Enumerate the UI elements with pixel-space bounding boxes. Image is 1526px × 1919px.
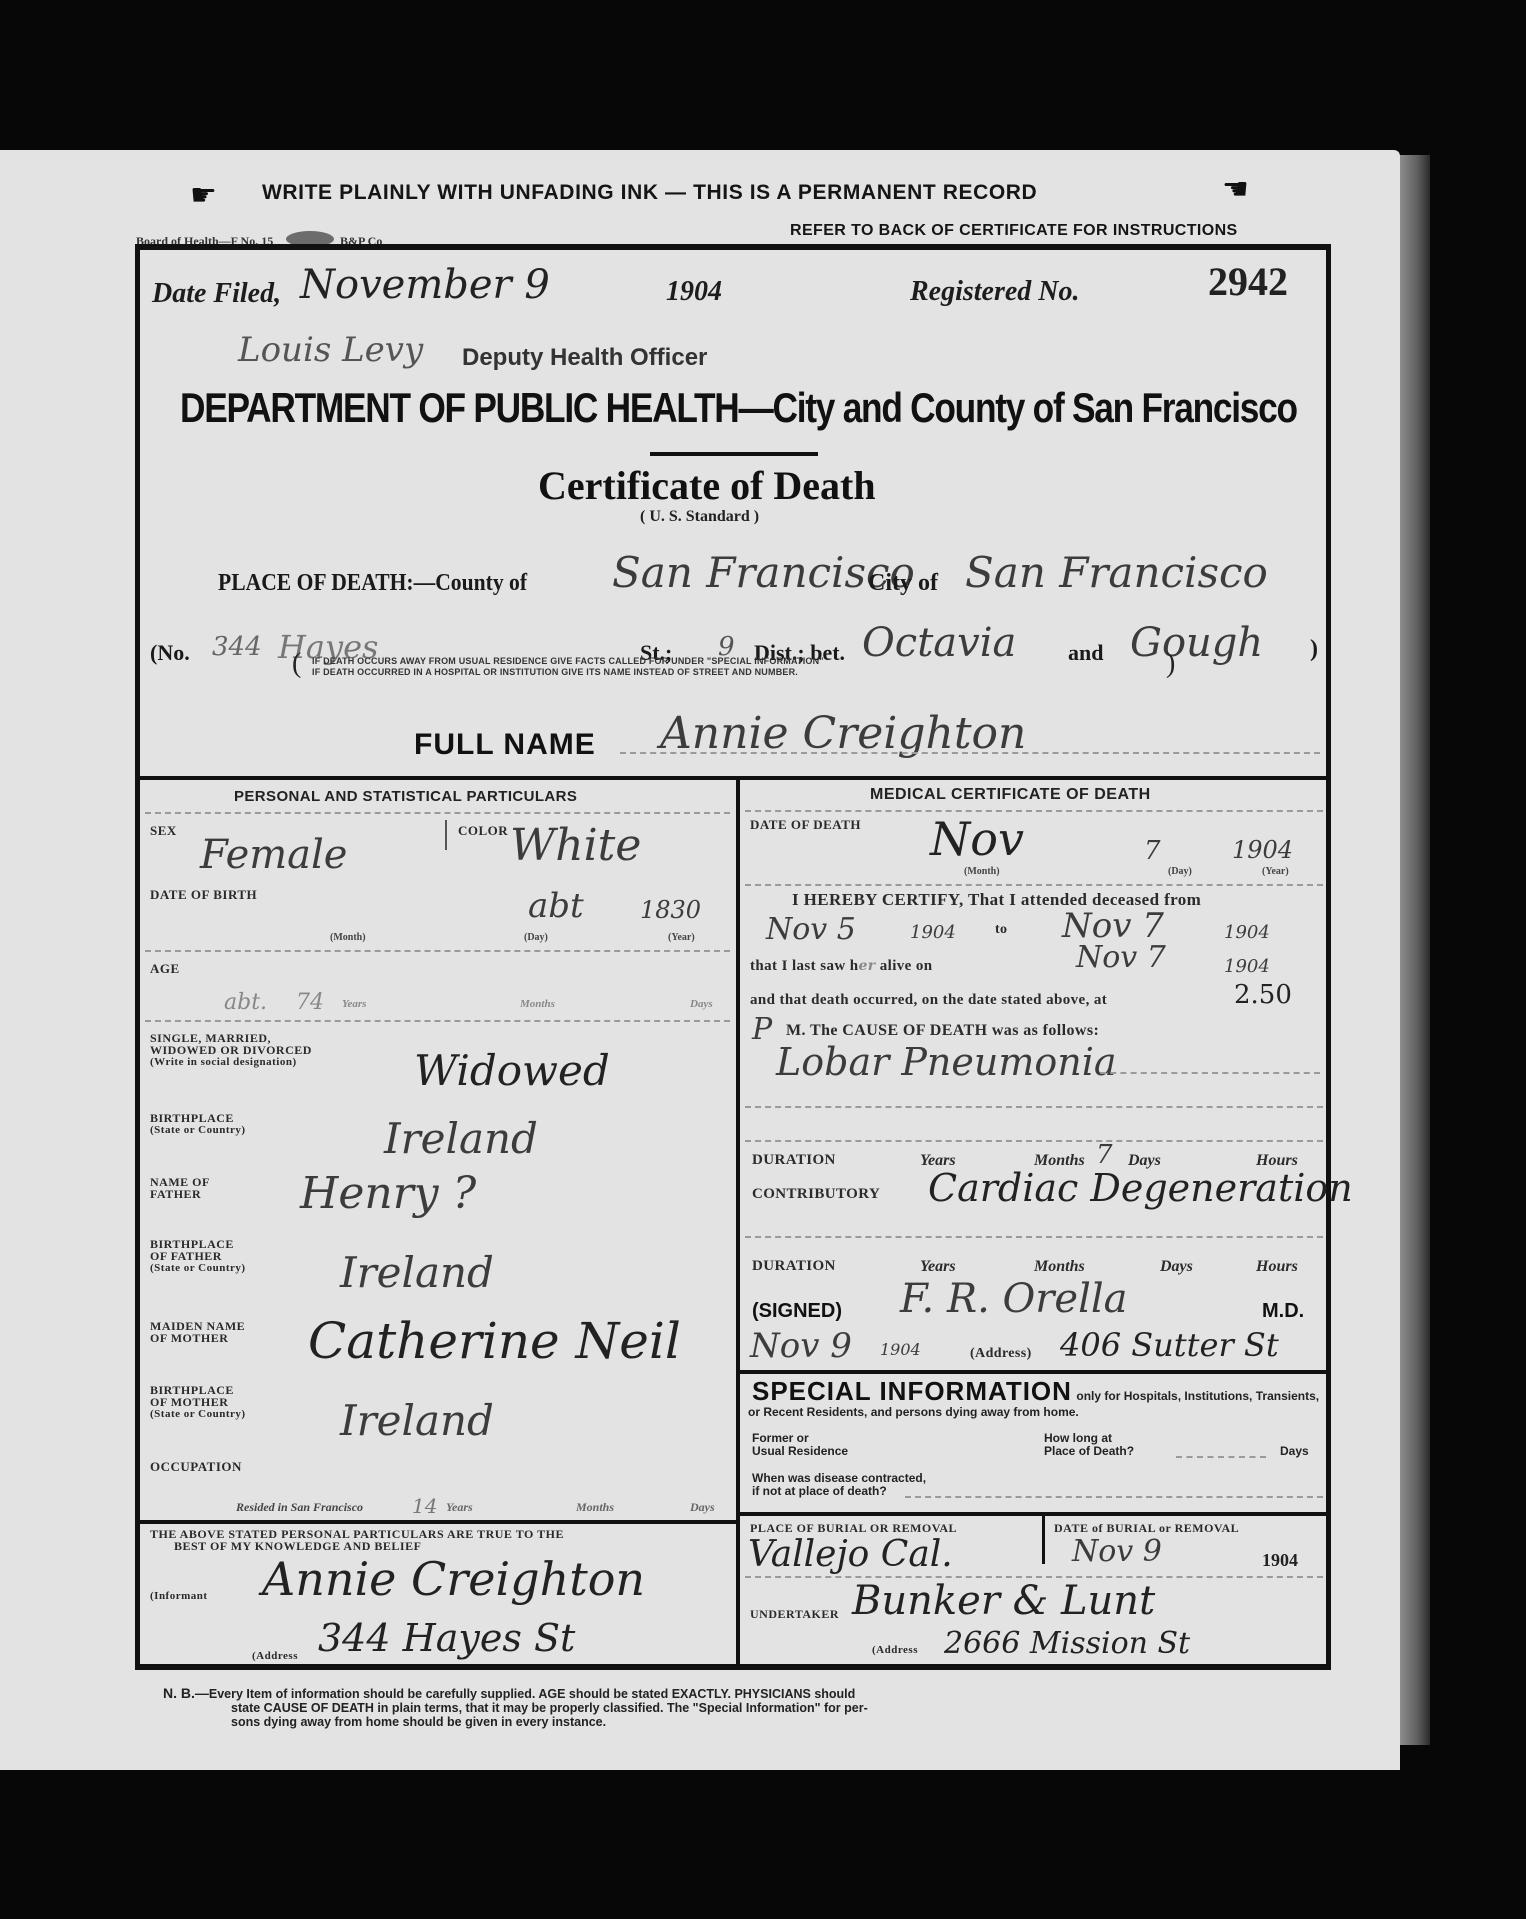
footer-line-1-text: Every Item of information should be care… [209,1687,855,1701]
age-prefix: abt. [224,990,267,1015]
special-heading-line-2: or Recent Residents, and persons dying a… [748,1406,1079,1419]
special-heading-rest: only for Hospitals, Institutions, Transi… [1076,1389,1319,1403]
officer-signature: Louis Levy [238,330,423,370]
last-saw-pronoun: er [858,958,875,974]
special-divider [740,1370,1328,1374]
full-name-line [620,752,1320,754]
sex-label: SEX [150,824,177,837]
dob-line [145,950,730,952]
last-saw-label: that I last saw her alive on [750,958,933,975]
father-bp-label-line-3: (State or Country) [150,1262,246,1274]
undertaker-label: UNDERTAKER [750,1608,839,1621]
instructions-note: REFER TO BACK OF CERTIFICATE FOR INSTRUC… [790,222,1238,240]
signed-year: 1904 [880,1340,921,1359]
title-divider [650,452,818,456]
heading-line [145,812,730,814]
mother-bp-label-line-3: (State or Country) [150,1408,246,1420]
informant-label: (Informant [150,1590,208,1603]
cross-street-2: Gough [1130,620,1263,666]
note-open-paren: ( [292,648,301,680]
mother-birthplace-label: BIRTHPLACE OF MOTHER (State or Country) [150,1384,246,1420]
resided-years-caption: Years [446,1500,473,1515]
am-pm-value: P [752,1012,772,1047]
age-years-caption: Years [342,998,366,1010]
physician-address-label: (Address) [970,1346,1032,1362]
footer-note-line-1: N. B.—Every Item of information should b… [163,1686,868,1701]
mother-birthplace-value: Ireland [340,1396,494,1445]
officer-title: Deputy Health Officer [462,344,707,372]
city-label: City of [868,570,938,597]
last-saw-text: that I last saw h [750,958,858,974]
form-border-bottom [135,1664,1331,1670]
paper-edge-shadow [1400,155,1430,1745]
footer-note-line-2: state CAUSE OF DEATH in plain terms, tha… [163,1701,868,1715]
sex-value: Female [200,832,347,878]
street-number: 344 [212,632,262,662]
burial-column-divider [1042,1516,1045,1564]
how-long-line [1176,1456,1266,1458]
mother-name-label: MAIDEN NAME OF MOTHER [150,1320,245,1344]
how-long-label: How long at Place of Death? [1044,1432,1134,1458]
age-label: AGE [150,962,180,975]
date-filed-year: 1904 [666,276,722,308]
age-years-value: 74 [296,990,324,1015]
personal-heading: PERSONAL AND STATISTICAL PARTICULARS [234,788,577,805]
dod-label: DATE OF DEATH [750,818,861,831]
resided-label: Resided in San Francisco [236,1500,363,1515]
disease-contracted-label: When was disease contracted, if not at p… [752,1472,926,1498]
burial-place-value: Vallejo Cal. [748,1534,953,1575]
form-border-top [135,244,1331,250]
mother-bp-label-line-2: OF MOTHER [150,1396,246,1408]
registered-no-label: Registered No. [910,276,1080,308]
special-heading: SPECIAL INFORMATION only for Hospitals, … [752,1376,1319,1407]
mother-label-line-2: OF MOTHER [150,1332,245,1344]
duration2-days-caption: Days [1160,1258,1193,1276]
color-value: White [510,820,641,871]
duration2-years-caption: Years [920,1258,956,1276]
burial-date-value: Nov 9 [1072,1534,1162,1569]
marital-value: Widowed [414,1046,610,1095]
md-label: M.D. [1262,1300,1304,1323]
informant-name: Annie Creighton [262,1552,645,1606]
duration2-hours-caption: Hours [1256,1258,1298,1276]
footer-nb-label: N. B.— [163,1685,209,1701]
duration2-months-caption: Months [1034,1258,1085,1276]
father-birthplace-value: Ireland [340,1248,494,1297]
sex-color-divider [445,820,447,850]
time-of-death: 2.50 [1234,980,1292,1010]
informant-statement-line-2: BEST OF MY KNOWLEDGE AND BELIEF [150,1540,564,1552]
street-no-label: (No. [150,640,190,666]
age-line [145,1020,730,1022]
dod-day-caption: (Day) [1168,866,1192,877]
father-birthplace-label: BIRTHPLACE OF FATHER (State or Country) [150,1238,246,1274]
to-label: to [995,922,1007,938]
contributory-label: CONTRIBUTORY [752,1186,880,1203]
occurred-text: and that death occurred, on the date sta… [750,992,1107,1009]
former-residence-label-line-2: Usual Residence [752,1445,848,1458]
dod-month-caption: (Month) [964,866,1000,877]
cause-line-3 [745,1140,1323,1142]
dob-day-caption: (Day) [524,932,548,943]
marital-label-line-2: WIDOWED OR DIVORCED [150,1044,312,1056]
dob-label: DATE OF BIRTH [150,888,257,901]
resided-days-caption: Days [690,1500,715,1515]
father-bp-label-line-2: OF FATHER [150,1250,246,1262]
city-value: San Francisco [965,548,1268,597]
place-of-death-label: PLACE OF DEATH:—County of [218,570,527,597]
informant-address: 344 Hayes St [318,1616,575,1660]
signed-date: Nov 9 [750,1326,852,1366]
contributory-line [745,1236,1323,1238]
age-days-caption: Days [690,998,713,1010]
physician-signature: F. R. Orella [900,1276,1128,1322]
full-name-label: FULL NAME [414,728,596,762]
standard-subtitle: ( U. S. Standard ) [640,508,759,526]
attended-from-year: 1904 [910,922,956,943]
dob-year-caption: (Year) [668,932,695,943]
dob-day-value: abt [528,886,584,926]
how-long-unit: Days [1280,1445,1309,1458]
section-divider [138,776,1328,780]
burial-divider [740,1512,1328,1516]
duration-label: DURATION [752,1152,836,1169]
form-border-left [135,244,140,1669]
disease-contracted-line-2: if not at place of death? [752,1485,926,1498]
attended-to-year: 1904 [1224,922,1270,943]
registered-no-value: 2942 [1208,258,1288,305]
informant-divider [138,1520,738,1524]
informant-statement: THE ABOVE STATED PERSONAL PARTICULARS AR… [150,1528,564,1552]
birthplace-label-line-2: (State or Country) [150,1124,246,1136]
medical-heading: MEDICAL CERTIFICATE OF DEATH [870,786,1151,804]
close-paren: ) [1310,636,1318,663]
residence-note: IF DEATH OCCURS AWAY FROM USUAL RESIDENC… [312,656,824,678]
certificate-title: Certificate of Death [538,462,876,509]
alive-on-text: alive on [880,958,933,974]
duration2-label: DURATION [752,1258,836,1275]
father-name-label: NAME OF FATHER [150,1176,210,1200]
disease-contracted-line [905,1496,1323,1498]
occupation-label: OCCUPATION [150,1460,242,1473]
date-filed-label: Date Filed, [152,278,281,310]
pointing-hand-icon: ☛ [190,178,217,213]
signed-label: (SIGNED) [752,1300,842,1323]
dod-day: 7 [1144,836,1161,866]
last-saw-year: 1904 [1224,956,1270,977]
form-border-right [1326,244,1331,1669]
informant-address-label: (Address [252,1650,298,1663]
medical-heading-line [745,810,1323,812]
dod-year-caption: (Year) [1262,866,1289,877]
contributory-value: Cardiac Degeneration [928,1166,1353,1210]
dod-line [745,884,1323,886]
cause-line [1100,1072,1320,1074]
dob-year-value: 1830 [640,896,701,924]
resided-years-value: 14 [412,1494,437,1518]
marital-label: SINGLE, MARRIED, WIDOWED OR DIVORCED (Wr… [150,1032,312,1068]
footer-note: N. B.—Every Item of information should b… [163,1686,868,1729]
cross-street-1: Octavia [862,620,1016,666]
pointing-hand-icon: ☚ [1222,172,1249,207]
and-label: and [1068,640,1103,666]
cause-text: M. The CAUSE OF DEATH was as follows: [786,1022,1099,1040]
birthplace-label: BIRTHPLACE (State or Country) [150,1112,246,1136]
resided-months-caption: Months [576,1500,614,1515]
note-close-paren: ) [1166,648,1175,680]
father-label-line-2: FATHER [150,1188,210,1200]
color-label: COLOR [458,824,508,837]
special-heading-title: SPECIAL INFORMATION [752,1376,1072,1406]
undertaker-value: Bunker & Lunt [852,1578,1155,1624]
dob-month-caption: (Month) [330,932,366,943]
undertaker-address: 2666 Mission St [944,1626,1190,1661]
last-saw-date: Nov 7 [1076,940,1166,975]
marital-label-line-3: (Write in social designation) [150,1056,312,1068]
dod-month: Nov [930,812,1024,866]
how-long-label-line-2: Place of Death? [1044,1445,1134,1458]
age-months-caption: Months [520,998,555,1010]
burial-year-value: 1904 [1262,1550,1298,1571]
banner-text: WRITE PLAINLY WITH UNFADING INK — THIS I… [262,181,1037,205]
cause-line-2 [745,1106,1323,1108]
department-title: DEPARTMENT OF PUBLIC HEALTH—City and Cou… [180,384,1297,432]
date-filed-value: November 9 [300,262,550,308]
footer-note-line-3: sons dying away from home should be give… [163,1715,868,1729]
residence-note-line-2: IF DEATH OCCURRED IN A HOSPITAL OR INSTI… [312,667,824,678]
former-residence-label: Former or Usual Residence [752,1432,848,1458]
residence-note-line-1: IF DEATH OCCURS AWAY FROM USUAL RESIDENC… [312,656,824,667]
column-divider [736,776,740,1666]
mother-name-value: Catherine Neil [308,1312,681,1370]
undertaker-address-label: (Address [872,1644,918,1657]
dod-year: 1904 [1232,836,1293,864]
father-name-value: Henry ? [300,1168,476,1219]
cause-value: Lobar Pneumonia [776,1040,1117,1084]
attended-from: Nov 5 [766,912,856,947]
birthplace-value: Ireland [384,1114,538,1163]
physician-address: 406 Sutter St [1060,1326,1279,1364]
birthplace-label-line-1: BIRTHPLACE [150,1112,246,1124]
